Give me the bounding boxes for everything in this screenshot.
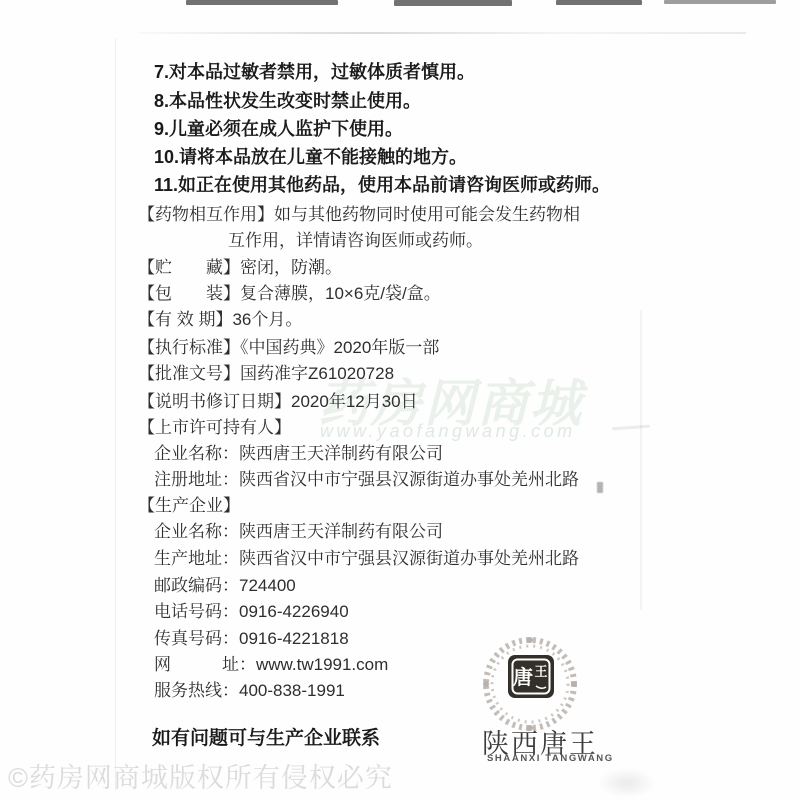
paper-speck — [597, 482, 603, 493]
manufacturer-header: 【生产企业】 — [138, 496, 240, 516]
field-approval-no: 【批准文号】国药准字Z61020728 — [138, 364, 394, 384]
manufacturer-address: 生产地址：陕西省汉中市宁强县汉源街道办事处羌州北路 — [154, 549, 579, 569]
precaution-item-11: 11.如正在使用其他药品，使用本品前请咨询医师或药师。 — [154, 175, 610, 195]
manufacturer-website: 网 址：www.tw1991.com — [154, 655, 388, 675]
footer-contact-note: 如有问题可与生产企业联系 — [152, 729, 380, 749]
watermark-copyright: ©药房网商城版权所有侵权必究 — [8, 756, 393, 795]
drug-interaction-line2: 互作用，详情请咨询医师或药师。 — [228, 231, 483, 251]
manufacturer-postcode: 邮政编码：724400 — [154, 576, 296, 596]
paper-stain — [598, 768, 656, 798]
brand-name-en: SHAANXI TANGWANG — [487, 753, 614, 764]
tangwang-logo: 唐 王 — [476, 636, 586, 732]
precaution-item-9: 9.儿童必须在成人监护下使用。 — [154, 119, 403, 139]
precaution-item-8: 8.本品性状发生改变时禁止使用。 — [154, 91, 421, 111]
cropped-text-artifact — [556, 0, 642, 5]
svg-text:唐: 唐 — [513, 665, 533, 689]
field-validity: 【有 效 期】36个月。 — [138, 310, 302, 330]
package-insert-photo: 药房网商城 www.yaofangwang.com 7.对本品过敏者禁用，过敏体… — [0, 0, 800, 800]
drug-interaction-line1: 【药物相互作用】如与其他药物同时使用可能会发生药物相 — [138, 205, 580, 225]
field-storage: 【贮 藏】密闭，防潮。 — [138, 258, 342, 278]
license-holder-header: 【上市许可持有人】 — [138, 418, 291, 438]
cropped-text-artifact — [664, 0, 776, 4]
precaution-item-10: 10.请将本品放在儿童不能接触的地方。 — [154, 147, 467, 167]
manufacturer-company: 企业名称：陕西唐王天洋制药有限公司 — [154, 522, 443, 542]
field-revision-date: 【说明书修订日期】2020年12月30日 — [138, 392, 418, 412]
field-standard: 【执行标准】《中国药典》2020年版一部 — [138, 338, 439, 358]
paper-smudge — [612, 425, 650, 431]
precaution-item-7: 7.对本品过敏者禁用，过敏体质者慎用。 — [154, 62, 475, 82]
svg-text:王: 王 — [534, 664, 547, 679]
field-packaging: 【包 装】复合薄膜，10×6克/袋/盒。 — [138, 284, 441, 304]
manufacturer-hotline: 服务热线：400-838-1991 — [154, 681, 345, 701]
cropped-text-artifact — [394, 0, 512, 6]
paper-crease-line — [138, 32, 746, 34]
license-holder-company: 企业名称：陕西唐王天洋制药有限公司 — [154, 444, 443, 464]
paper-fold-line — [640, 310, 642, 610]
paper-left-edge — [115, 38, 116, 790]
license-holder-address: 注册地址：陕西省汉中市宁强县汉源街道办事处羌州北路 — [154, 470, 579, 490]
cropped-text-artifact — [186, 0, 338, 5]
manufacturer-phone: 电话号码：0916-4226940 — [154, 602, 349, 622]
manufacturer-fax: 传真号码：0916-4221818 — [154, 629, 349, 649]
tangwang-seal-icon: 唐 王 — [508, 655, 554, 698]
watermark-site-url: www.yaofangwang.com — [320, 421, 576, 442]
